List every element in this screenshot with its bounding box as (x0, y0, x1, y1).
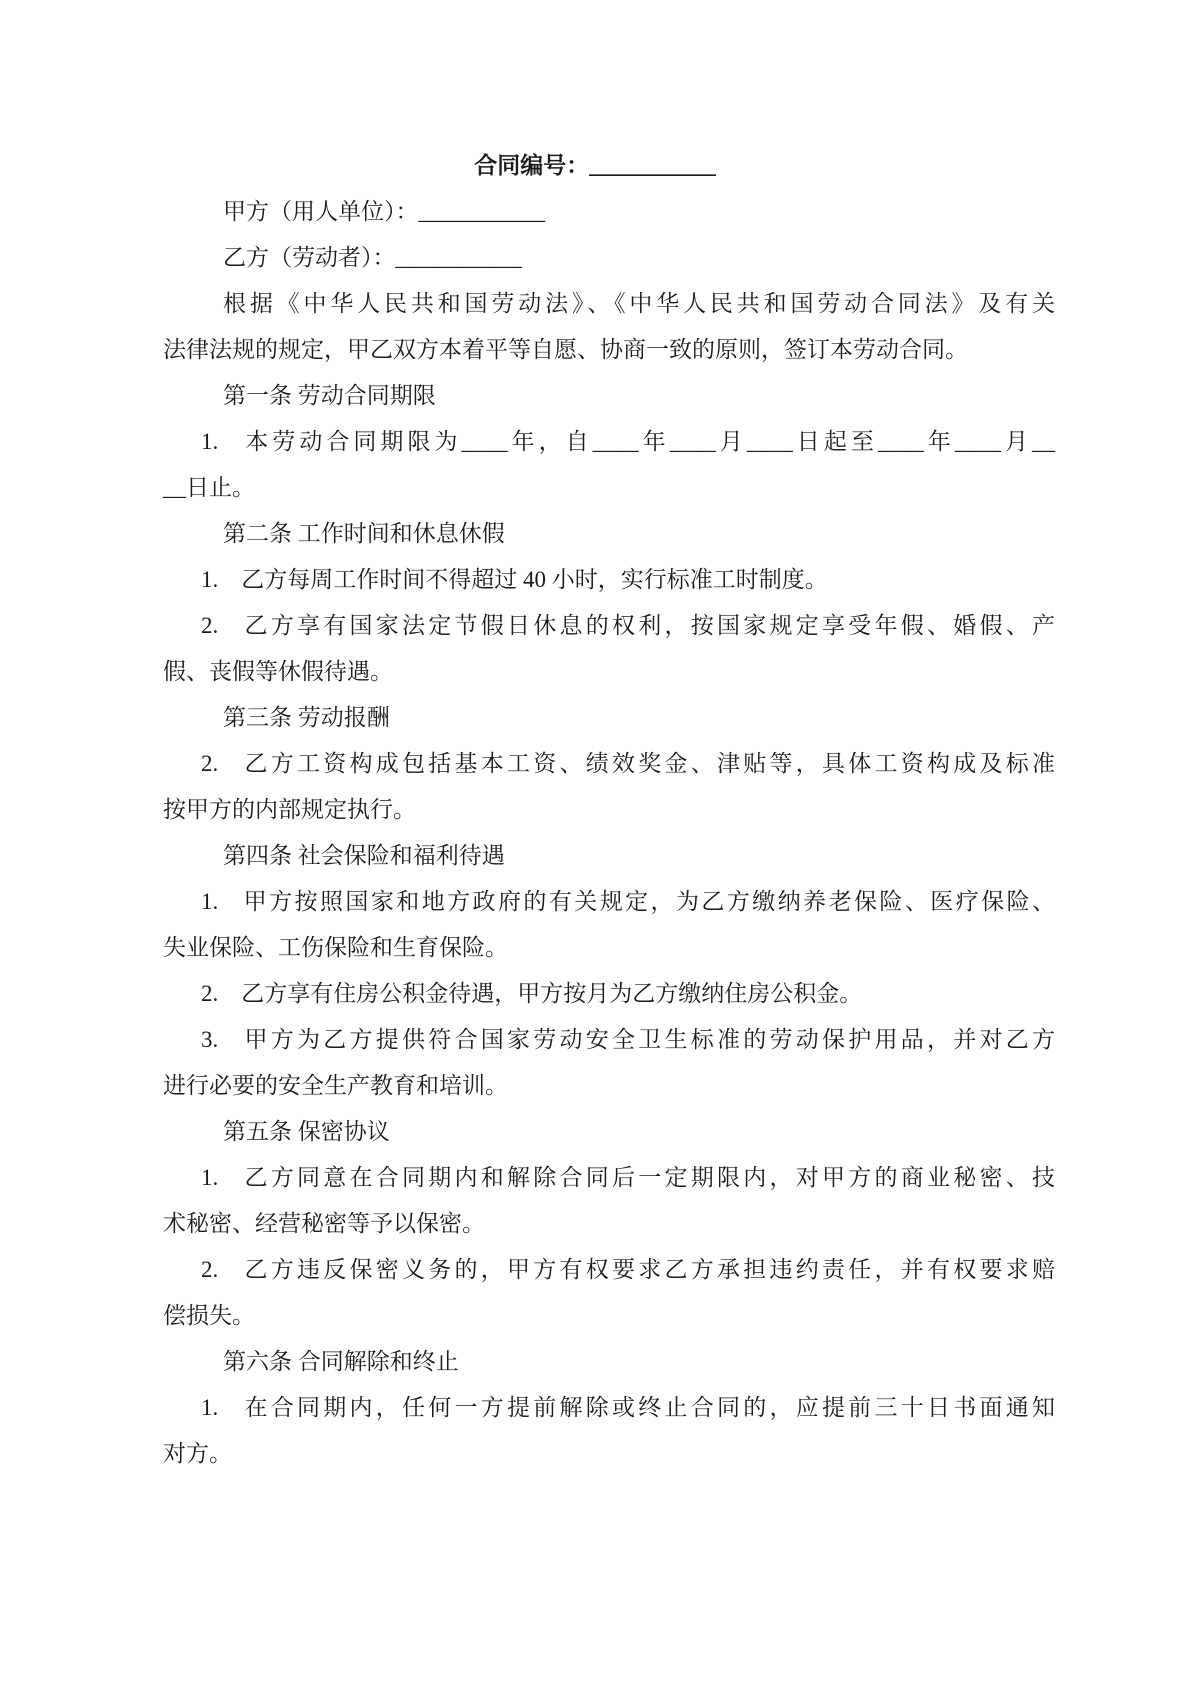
contract-line: 偿损失。 (163, 1293, 1055, 1339)
contract-line: 假、丧假等休假待遇。 (163, 649, 1055, 695)
contract-line: 1. 乙方同意在合同期内和解除合同后一定期限内，对甲方的商业秘密、技 (163, 1155, 1055, 1201)
contract-line: 对方。 (163, 1431, 1055, 1477)
contract-paragraph: 第三条 劳动报酬 (163, 695, 1055, 741)
contract-line: 按甲方的内部规定执行。 (163, 787, 1055, 833)
contract-line: 3. 甲方为乙方提供符合国家劳动安全卫生标准的劳动保护用品，并对乙方 (163, 1017, 1055, 1063)
contract-paragraph: 第二条 工作时间和休息休假 (163, 511, 1055, 557)
contract-page: 合同编号：___________ 甲方（用人单位）：___________乙方（… (0, 0, 1190, 1683)
contract-paragraph: 2. 乙方享有住房公积金待遇，甲方按月为乙方缴纳住房公积金。 (163, 971, 1055, 1017)
contract-paragraph: 1. 甲方按照国家和地方政府的有关规定，为乙方缴纳养老保险、医疗保险、失业保险、… (163, 879, 1055, 971)
contract-paragraph: 1. 乙方同意在合同期内和解除合同后一定期限内，对甲方的商业秘密、技术秘密、经营… (163, 1155, 1055, 1247)
contract-paragraph: 1. 乙方每周工作时间不得超过 40 小时，实行标准工时制度。 (163, 557, 1055, 603)
contract-line: 第一条 劳动合同期限 (163, 373, 1055, 419)
contract-line: 第二条 工作时间和休息休假 (163, 511, 1055, 557)
contract-line: 1. 甲方按照国家和地方政府的有关规定，为乙方缴纳养老保险、医疗保险、 (163, 879, 1055, 925)
contract-number-label: 合同编号： (474, 153, 589, 178)
contract-line: 2. 乙方工资构成包括基本工资、绩效奖金、津贴等，具体工资构成及标准 (163, 741, 1055, 787)
contract-line: 1. 本劳动合同期限为____年，自____年____月____日起至____年… (163, 419, 1055, 465)
contract-paragraph: 第六条 合同解除和终止 (163, 1339, 1055, 1385)
contract-paragraph: 第五条 保密协议 (163, 1109, 1055, 1155)
contract-number-blank: ___________ (589, 153, 716, 178)
contract-paragraph: 根据《中华人民共和国劳动法》、《中华人民共和国劳动合同法》及有关法律法规的规定，… (163, 281, 1055, 373)
contract-line: 1. 乙方每周工作时间不得超过 40 小时，实行标准工时制度。 (163, 557, 1055, 603)
contract-paragraph: 1. 本劳动合同期限为____年，自____年____月____日起至____年… (163, 419, 1055, 511)
contract-line: 根据《中华人民共和国劳动法》、《中华人民共和国劳动合同法》及有关 (163, 281, 1055, 327)
contract-line: 术秘密、经营秘密等予以保密。 (163, 1201, 1055, 1247)
contract-line: 第五条 保密协议 (163, 1109, 1055, 1155)
contract-body: 甲方（用人单位）：___________乙方（劳动者）：___________根… (163, 189, 1055, 1477)
contract-line: 第三条 劳动报酬 (163, 695, 1055, 741)
contract-paragraph: 第一条 劳动合同期限 (163, 373, 1055, 419)
contract-line: 乙方（劳动者）：___________ (163, 235, 1055, 281)
contract-line: 2. 乙方享有国家法定节假日休息的权利，按国家规定享受年假、婚假、产 (163, 603, 1055, 649)
contract-line: 甲方（用人单位）：___________ (163, 189, 1055, 235)
contract-line: 进行必要的安全生产教育和培训。 (163, 1063, 1055, 1109)
contract-line: 第六条 合同解除和终止 (163, 1339, 1055, 1385)
contract-paragraph: 第四条 社会保险和福利待遇 (163, 833, 1055, 879)
contract-paragraph: 2. 乙方违反保密义务的，甲方有权要求乙方承担违约责任，并有权要求赔偿损失。 (163, 1247, 1055, 1339)
contract-line: 失业保险、工伤保险和生育保险。 (163, 925, 1055, 971)
contract-line: 法律法规的规定，甲乙双方本着平等自愿、协商一致的原则，签订本劳动合同。 (163, 327, 1055, 373)
contract-paragraph: 乙方（劳动者）：___________ (163, 235, 1055, 281)
contract-line: 第四条 社会保险和福利待遇 (163, 833, 1055, 879)
contract-paragraph: 甲方（用人单位）：___________ (163, 189, 1055, 235)
contract-paragraph: 2. 乙方工资构成包括基本工资、绩效奖金、津贴等，具体工资构成及标准按甲方的内部… (163, 741, 1055, 833)
contract-line: __日止。 (163, 465, 1055, 511)
contract-paragraph: 3. 甲方为乙方提供符合国家劳动安全卫生标准的劳动保护用品，并对乙方进行必要的安… (163, 1017, 1055, 1109)
contract-line: 1. 在合同期内，任何一方提前解除或终止合同的，应提前三十日书面通知 (163, 1385, 1055, 1431)
contract-line: 2. 乙方违反保密义务的，甲方有权要求乙方承担违约责任，并有权要求赔 (163, 1247, 1055, 1293)
contract-paragraph: 1. 在合同期内，任何一方提前解除或终止合同的，应提前三十日书面通知对方。 (163, 1385, 1055, 1477)
contract-line: 2. 乙方享有住房公积金待遇，甲方按月为乙方缴纳住房公积金。 (163, 971, 1055, 1017)
contract-paragraph: 2. 乙方享有国家法定节假日休息的权利，按国家规定享受年假、婚假、产假、丧假等休… (163, 603, 1055, 695)
contract-number-title: 合同编号：___________ (0, 143, 1190, 189)
